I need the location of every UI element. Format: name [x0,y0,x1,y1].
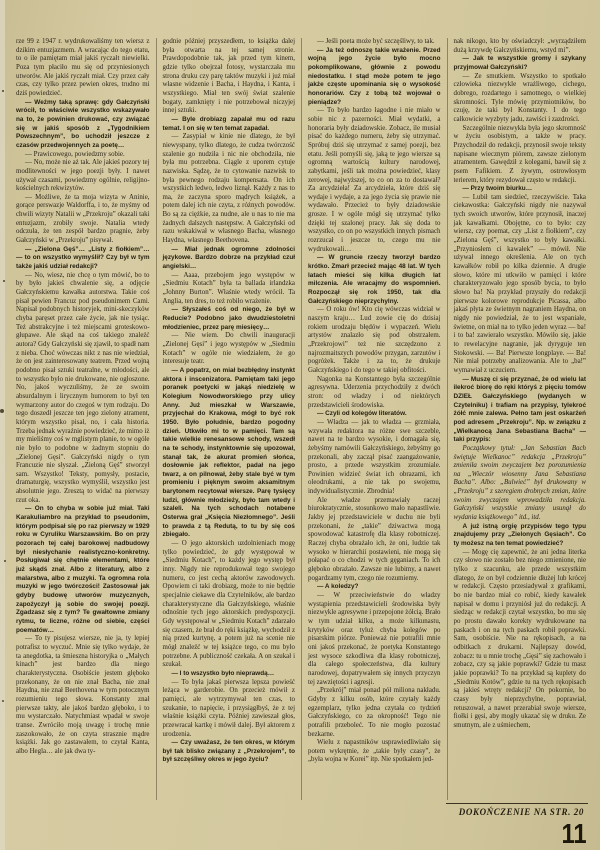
interview-question: — A koledzy? [308,583,441,592]
text-columns: rze 99 z 1947 r. wydrukowaliśmy ten wier… [10,38,592,800]
interview-answer: — To było bardzo łagodne i nie miało w s… [308,107,441,254]
page-body: rze 99 z 1947 r. wydrukowaliśmy ten wier… [10,38,592,800]
interview-question: — A popatrz, on miał bezbłędny instynkt … [163,367,296,540]
interview-question: — Czy uważasz, że ten okres, w którym by… [163,739,296,765]
interview-question: — Byle drobiazg zapalał mu od razu temat… [163,116,296,133]
text-column-2: godnie później przyszedłem, to książka d… [156,38,302,800]
continuation-notice: DOKOŃCZENIE NA STR. 20 [459,807,584,817]
text-column-4: nak nikogo, kto by oświadczył: „wyrządzi… [447,38,593,800]
interview-answer: — O jego aktorskich uzdolnieniach mogę t… [163,540,296,670]
interview-question: — On to chyba w sobie już miał. Taki Kar… [16,505,150,635]
interview-answer: Wielu z napastników usprawiedliwiało się… [308,739,441,765]
interview-answer: — To była jakaś pierwsza lepsza powieść … [163,679,296,740]
interview-question: — Przy twoim biurku… [454,185,587,194]
page-number: 11 [562,819,587,849]
interview-answer: Nagonka na Konstantego była szczególnie … [308,376,441,411]
interview-question: — W gruncie rzeczy tworzył bardzo krótko… [308,254,441,306]
interview-question: — Słyszałeś coś od niego, że był w Reduc… [163,306,296,332]
interview-question: — Weźmy taką sprawę: gdy Gałczyński wróc… [16,99,150,151]
interview-answer: — Zasypiał w kinie nie dlatego, że był n… [163,133,296,246]
interview-answer: — To ty pisujesz wiersze, nie ja, ty lep… [16,635,150,756]
interview-question: — „Zielona Gęś”… „Listy z fiołkiem”… — t… [16,246,150,272]
interview-question: — Jak te wszystkie gromy i szykany przyj… [454,55,587,72]
interview-answer: — Nie wiem. Do chwili inauguracji „Zielo… [163,332,296,367]
interview-question: A już istną orgię przypisów tego typu zn… [454,523,587,549]
interview-answer: — No, może nie aż tak. Ale jakieś pozory… [16,159,150,194]
text-column-3: — Jeśli poeta może być szczęśliwy, to ta… [301,38,447,800]
interview-answer: „Przekrój” miał ponad pół miliona nakład… [308,687,441,739]
interview-answer: — Aaaa, przebojem jego występów w „Siedm… [163,272,296,307]
interview-answer: — Władza — jak to władza — grzmiała, wzy… [308,419,441,497]
interview-answer: — W przeciwieństwie do władzy wystąpieni… [308,592,441,687]
interview-answer: — Możliwe, że ta moja wizyta w Aninie, g… [16,194,150,246]
interview-question: — I to wszystko było nieprawdą… [163,670,296,679]
interview-answer: rze 99 z 1947 r. wydrukowaliśmy ten wier… [16,38,150,99]
interview-question: — Muszę ci się przyznać, że od wielu lat… [454,376,587,445]
interview-question: — Czyli od kolegów literatów. [308,410,441,419]
interview-question: — Miał jednak ogromne zdolności językowe… [163,246,296,272]
scan-speckle [2,90,4,92]
interview-answer: — O roku ów! Kto cię wówczas widział w n… [308,306,441,375]
text-column-1: rze 99 z 1947 r. wydrukowaliśmy ten wier… [10,38,156,800]
interview-answer: — Jeśli poeta może być szczęśliwy, to ta… [308,38,441,47]
interview-answer: — Ze smutkiem. Wszystko to spotkało czło… [454,73,587,125]
interview-answer: — Prawicowego, powiedzmy sobie. [16,151,150,160]
scan-edge-artifact [0,0,5,850]
interview-answer: — Lubił tam siedzieć, rzeczywiście. Taka… [454,194,587,376]
interview-question: — Ja też odnoszę takie wrażenie. Przed w… [308,47,441,108]
interview-answer: nak nikogo, kto by oświadczył: „wyrządzi… [454,38,587,55]
footer-rule [446,803,588,804]
scanned-magazine-page: { "page": { "number": "11", "continuatio… [0,0,600,850]
interview-answer: — No, wiesz, nie chcę o tym mówić, bo to… [16,272,150,506]
interview-answer: — Mogę cię zapewnić, że ani jedna literk… [454,549,587,731]
interview-answer: Szczególnie niezwykła była jego skromnoś… [454,125,587,186]
footnote-quote: Początkowy tytuł: „Jan Sebastian Bach św… [454,445,587,523]
interview-answer: Ale władze przemawiały raczej biurokraty… [308,497,441,584]
interview-answer: godnie później przyszedłem, to książka d… [163,38,296,116]
